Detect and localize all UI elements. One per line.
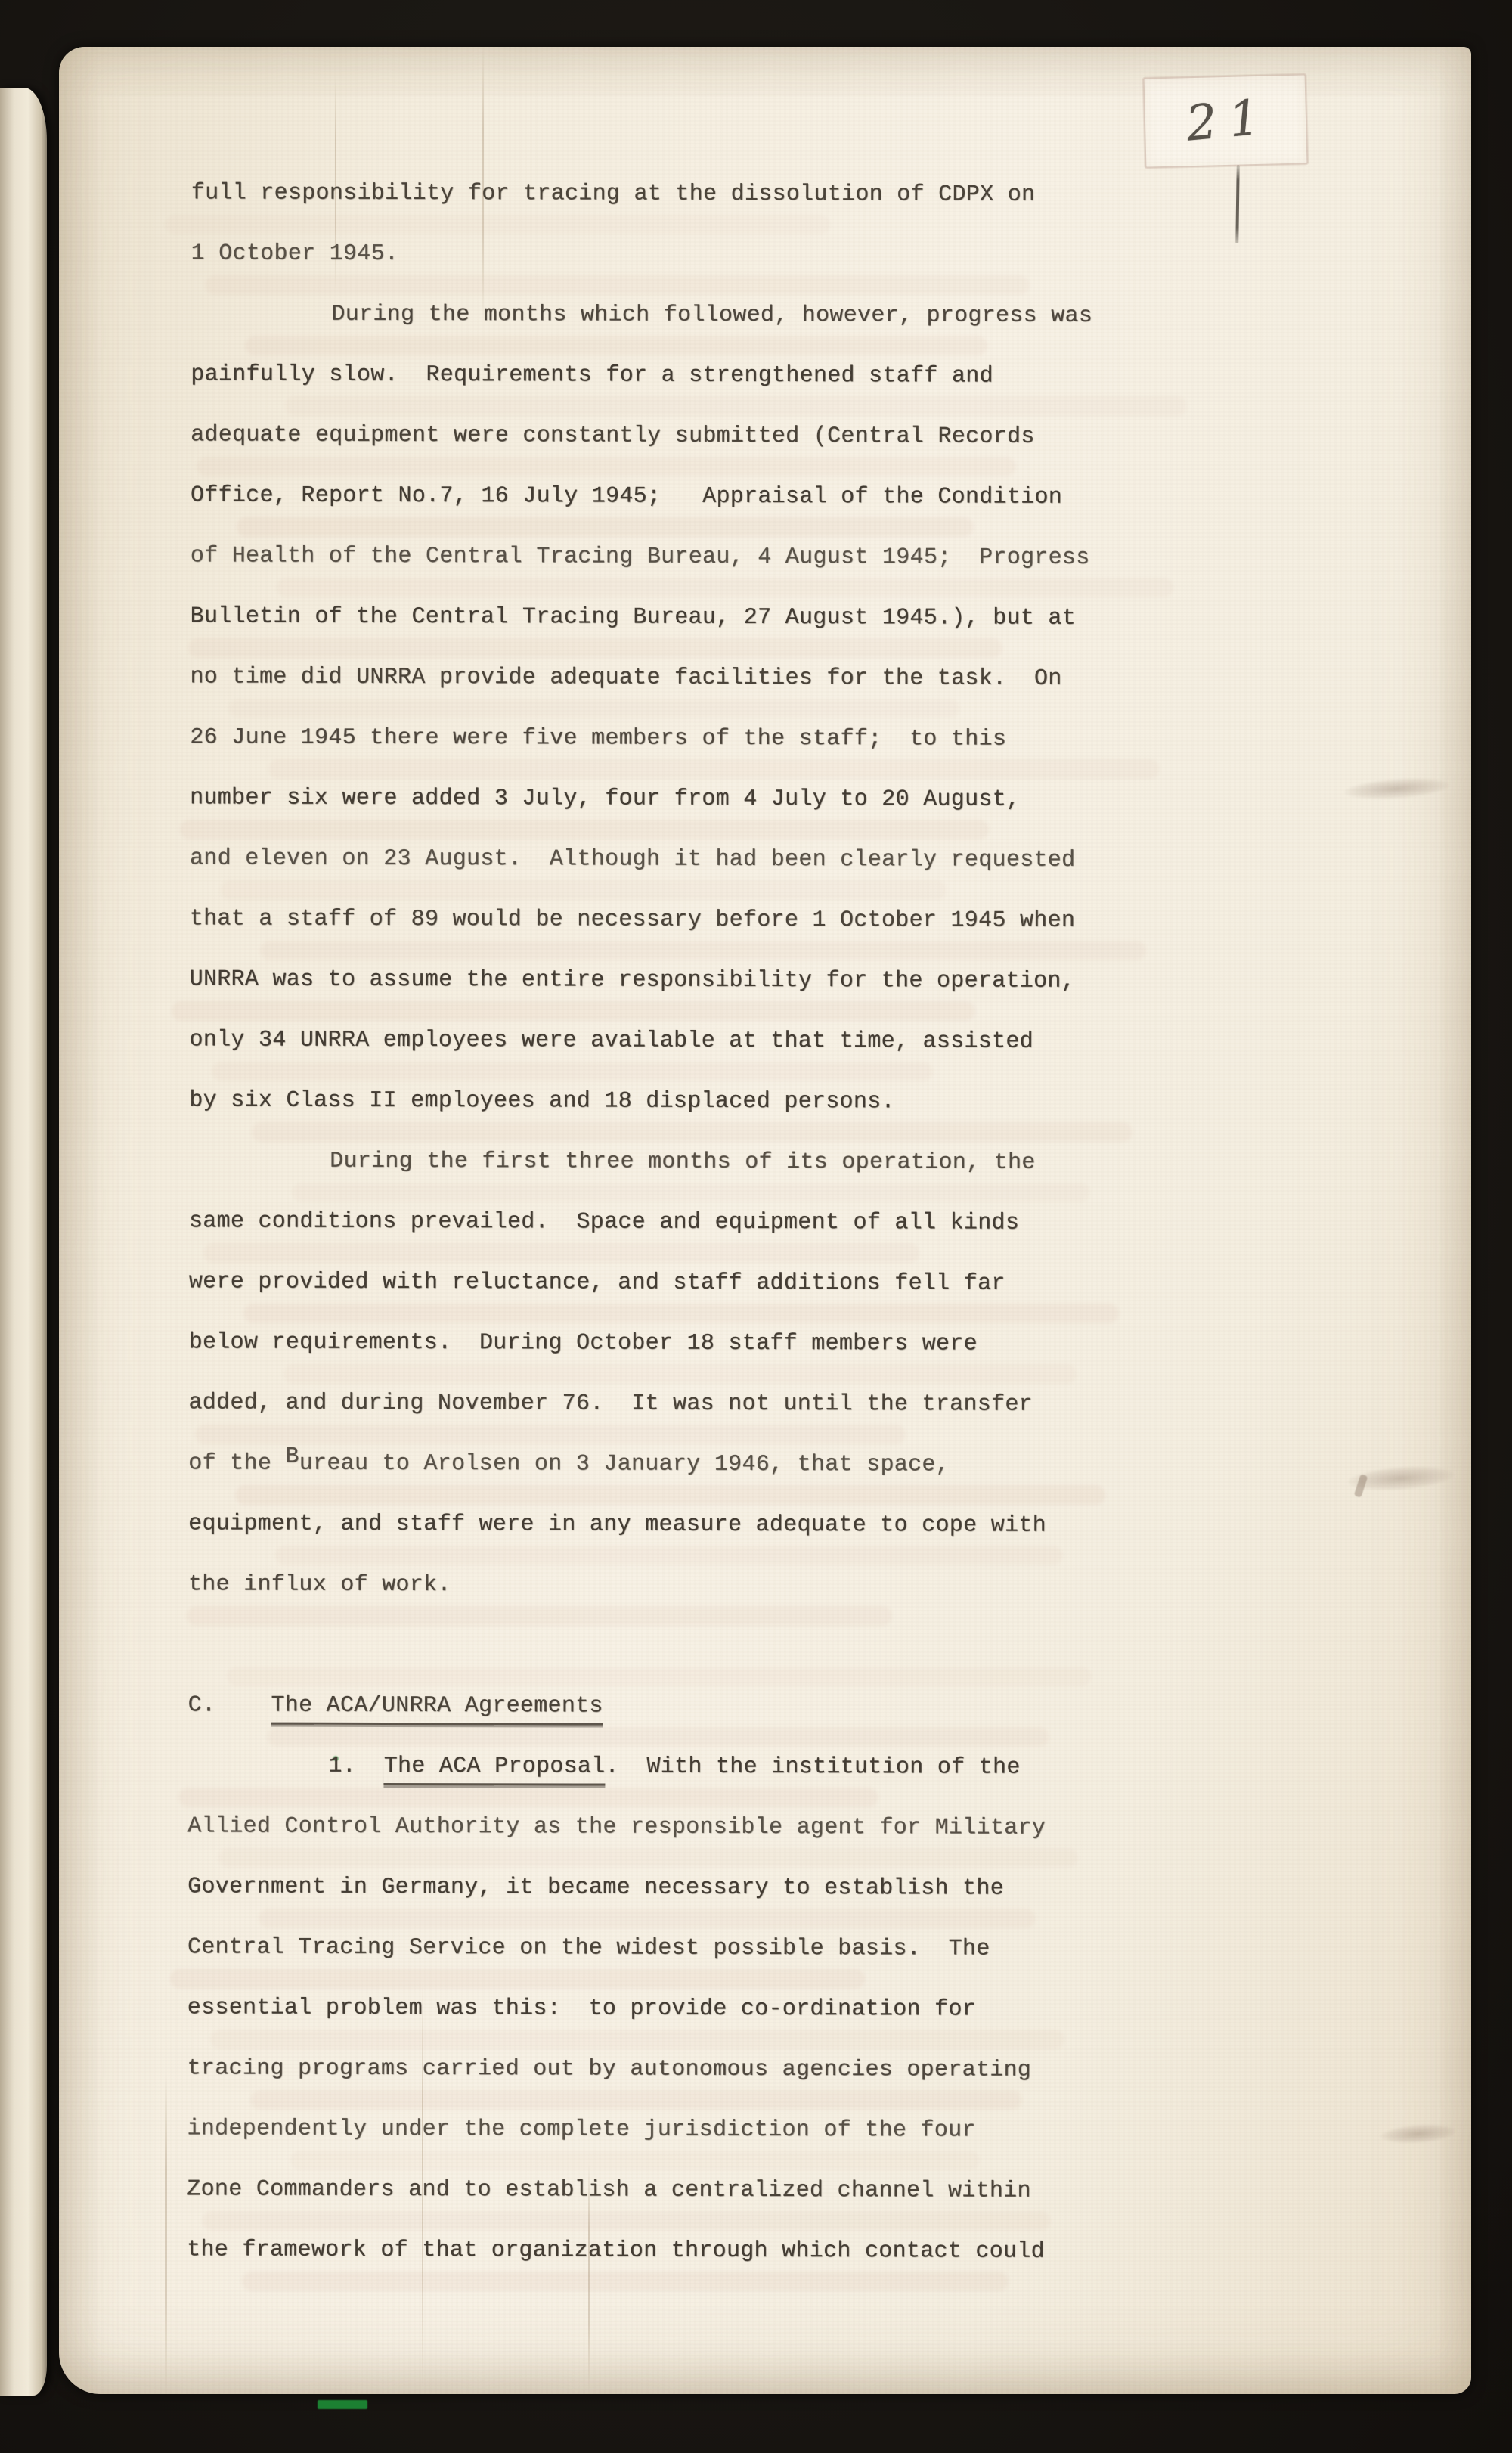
text-layer: full responsibility for tracing at the d… <box>57 45 1473 2396</box>
text-line: number six were added 3 July, four from … <box>190 781 1020 816</box>
text-run: only 34 UNRRA employees were available a… <box>189 1027 1033 1054</box>
text-line: Allied Control Authority as the responsi… <box>187 1810 1046 1844</box>
text-run: Bulletin of the Central Tracing Bureau, … <box>191 603 1076 631</box>
text-line: no time did UNRRA provide adequate facil… <box>190 660 1061 695</box>
text-run: C. <box>188 1692 271 1718</box>
text-run: essential problem was this: to provide c… <box>187 1995 976 2022</box>
underlined-text: The ACA Proposal <box>384 1754 606 1786</box>
text-run: no time did UNRRA provide adequate facil… <box>190 664 1061 691</box>
text-run: 1 October 1945. <box>191 240 399 267</box>
text-line: During the months which followed, howeve… <box>331 298 1092 333</box>
text-line: Bulletin of the Central Tracing Bureau, … <box>191 600 1076 634</box>
text-run: were provided with reluctance, and staff… <box>189 1269 1005 1296</box>
text-line: of Health of the Central Tracing Bureau,… <box>191 539 1090 574</box>
text-line: UNRRA was to assume the entire responsib… <box>190 963 1075 997</box>
text-line: the framework of that organization throu… <box>187 2233 1045 2268</box>
underlined-text: The ACA/UNRRA Agreements <box>271 1693 603 1726</box>
text-run: of the <box>188 1450 285 1476</box>
text-run: . With the institution of the <box>606 1754 1021 1781</box>
text-run: 1. <box>328 1754 383 1779</box>
text-line: Central Tracing Service on the widest po… <box>187 1930 990 1965</box>
text-line: painfully slow. Requirements for a stren… <box>191 358 993 392</box>
text-line: tracing programs carried out by autonomo… <box>187 2051 1032 2086</box>
text-line: 1. The ACA Proposal. With the institutio… <box>328 1750 1020 1785</box>
text-line: of the Bureau to Arolsen on 3 January 19… <box>188 1447 950 1481</box>
text-line: Office, Report No.7, 16 July 1945; Appra… <box>191 479 1062 513</box>
text-line: adequate equipment were constantly submi… <box>191 418 1035 453</box>
text-run: equipment, and staff were in any measure… <box>188 1511 1046 1538</box>
text-line: 1 October 1945. <box>191 237 399 271</box>
text-line: added, and during November 76. It was no… <box>188 1386 1033 1421</box>
page-sheet: 21 full responsibility for tracing at th… <box>59 47 1471 2394</box>
text-run: Zone Commanders and to establish a centr… <box>187 2176 1031 2203</box>
text-run: independently under the complete jurisdi… <box>187 2116 975 2143</box>
text-line: the influx of work. <box>188 1568 451 1602</box>
text-run: Office, Report No.7, 16 July 1945; Appra… <box>191 482 1062 510</box>
text-line: essential problem was this: to provide c… <box>187 1991 976 2026</box>
scanned-document: 21 full responsibility for tracing at th… <box>0 0 1512 2453</box>
text-run: the influx of work. <box>188 1571 451 1598</box>
text-run: number six were added 3 July, four from … <box>190 785 1020 812</box>
text-line: Zone Commanders and to establish a centr… <box>187 2172 1031 2207</box>
text-run: 26 June 1945 there were five members of … <box>190 724 1006 752</box>
text-run: During the first three months of its ope… <box>330 1149 1036 1176</box>
text-run: that a staff of 89 would be necessary be… <box>190 906 1075 933</box>
text-line: During the first three months of its ope… <box>330 1145 1036 1180</box>
text-run: and eleven on 23 August. Although it had… <box>190 845 1075 873</box>
text-run: Government in Germany, it became necessa… <box>187 1874 1004 1901</box>
text-run: the framework of that organization throu… <box>187 2237 1045 2264</box>
text-run: added, and during November 76. It was no… <box>188 1390 1033 1417</box>
text-line: same conditions prevailed. Space and equ… <box>189 1205 1019 1239</box>
text-run: ureau to Arolsen on 3 January 1946, that… <box>299 1451 950 1478</box>
text-line: by six Class II employees and 18 displac… <box>189 1084 895 1118</box>
text-line: that a staff of 89 would be necessary be… <box>190 902 1075 937</box>
text-line: 26 June 1945 there were five members of … <box>190 721 1006 755</box>
text-run: adequate equipment were constantly submi… <box>191 422 1035 449</box>
text-line: independently under the complete jurisdi… <box>187 2112 975 2147</box>
text-run: by six Class II employees and 18 displac… <box>189 1087 895 1115</box>
text-run: full responsibility for tracing at the d… <box>191 180 1036 207</box>
previous-page-edge <box>0 88 47 2396</box>
text-line: were provided with reluctance, and staff… <box>189 1265 1005 1300</box>
text-run: Central Tracing Service on the widest po… <box>187 1934 990 1961</box>
text-line: Government in Germany, it became necessa… <box>187 1870 1004 1905</box>
text-run: same conditions prevailed. Space and equ… <box>189 1208 1019 1236</box>
text-line: only 34 UNRRA employees were available a… <box>189 1023 1033 1058</box>
text-line: full responsibility for tracing at the d… <box>191 176 1036 211</box>
green-mark <box>318 2400 367 2409</box>
text-line: C. The ACA/UNRRA Agreements <box>188 1689 603 1723</box>
text-line: equipment, and staff were in any measure… <box>188 1507 1046 1542</box>
text-run: of Health of the Central Tracing Bureau,… <box>191 543 1090 570</box>
text-run: B <box>285 1444 299 1470</box>
text-run: below requirements. During October 18 st… <box>189 1329 978 1357</box>
text-run: Allied Control Authority as the responsi… <box>187 1813 1046 1841</box>
text-run: During the months which followed, howeve… <box>331 302 1092 329</box>
text-line: below requirements. During October 18 st… <box>189 1326 978 1360</box>
text-run: painfully slow. Requirements for a stren… <box>191 361 993 389</box>
text-line: and eleven on 23 August. Although it had… <box>190 842 1075 876</box>
text-run: UNRRA was to assume the entire responsib… <box>190 966 1075 994</box>
text-run: tracing programs carried out by autonomo… <box>187 2055 1032 2082</box>
